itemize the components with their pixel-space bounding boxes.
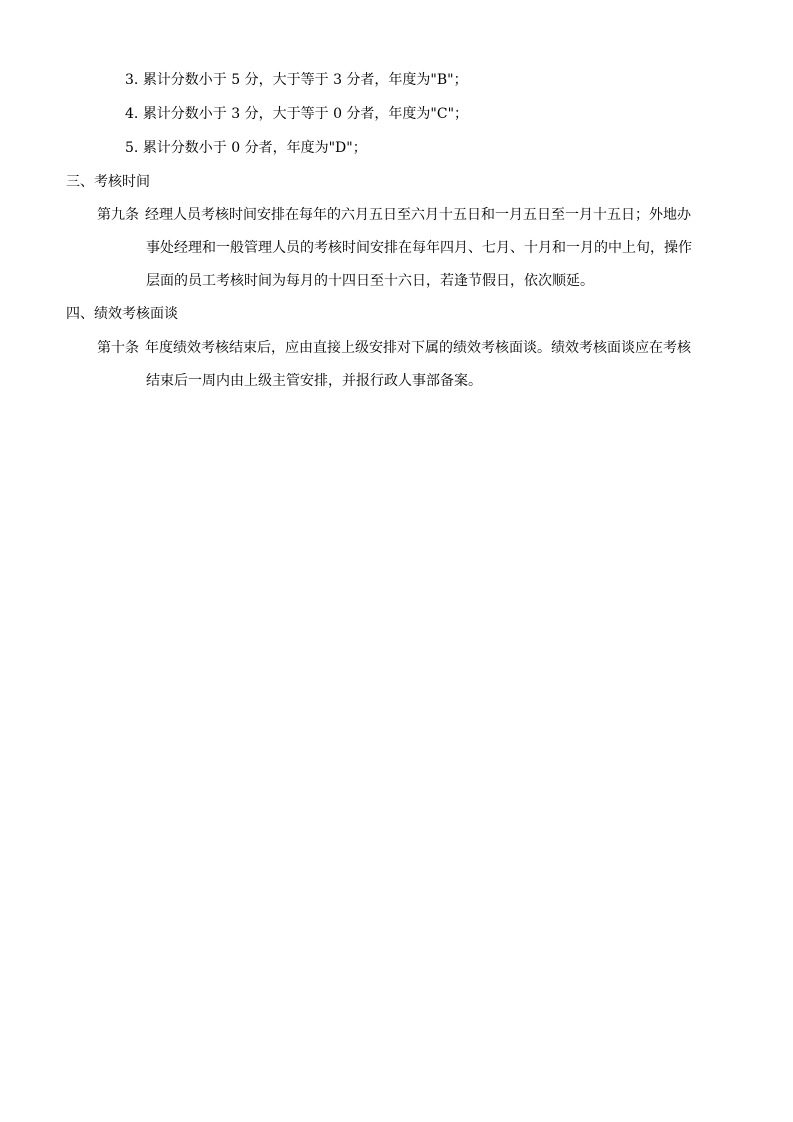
list-number: 5.	[125, 140, 138, 156]
list-text: 累计分数小于 3 分，大于等于 0 分者，年度为"C"；	[143, 106, 468, 122]
article-10-line-1: 第十条年度绩效考核结束后，应由直接上级安排对下属的绩效考核面谈。绩效考核面谈应在…	[97, 338, 691, 358]
list-item-3: 3. 累计分数小于 5 分，大于等于 3 分者，年度为"B"；	[125, 70, 468, 90]
article-number: 第十条	[97, 340, 139, 356]
article-9-line-2: 事处经理和一般管理人员的考核时间安排在每年四月、七月、十月和一月的中上旬，操作	[146, 238, 692, 258]
article-text: 年度绩效考核结束后，应由直接上级安排对下属的绩效考核面谈。绩效考核面谈应在考核	[145, 340, 691, 356]
list-item-5: 5. 累计分数小于 0 分者，年度为"D"；	[125, 138, 367, 158]
section-heading-assessment-time: 三、考核时间	[66, 172, 150, 192]
list-text: 累计分数小于 5 分，大于等于 3 分者，年度为"B"；	[143, 72, 468, 88]
section-heading-performance-interview: 四、绩效考核面谈	[66, 304, 178, 324]
list-number: 3.	[125, 72, 138, 88]
article-9-line-3: 层面的员工考核时间为每月的十四日至十六日，若逢节假日，依次顺延。	[146, 271, 594, 291]
article-text: 经理人员考核时间安排在每年的六月五日至六月十五日和一月五日至一月十五日；外地办	[145, 207, 691, 223]
list-text: 累计分数小于 0 分者，年度为"D"；	[143, 140, 367, 156]
article-number: 第九条	[97, 207, 139, 223]
article-10-line-2: 结束后一周内由上级主管安排，并报行政人事部备案。	[146, 371, 482, 391]
list-item-4: 4. 累计分数小于 3 分，大于等于 0 分者，年度为"C"；	[125, 104, 468, 124]
list-number: 4.	[125, 106, 138, 122]
article-9-line-1: 第九条经理人员考核时间安排在每年的六月五日至六月十五日和一月五日至一月十五日；外…	[97, 205, 691, 225]
